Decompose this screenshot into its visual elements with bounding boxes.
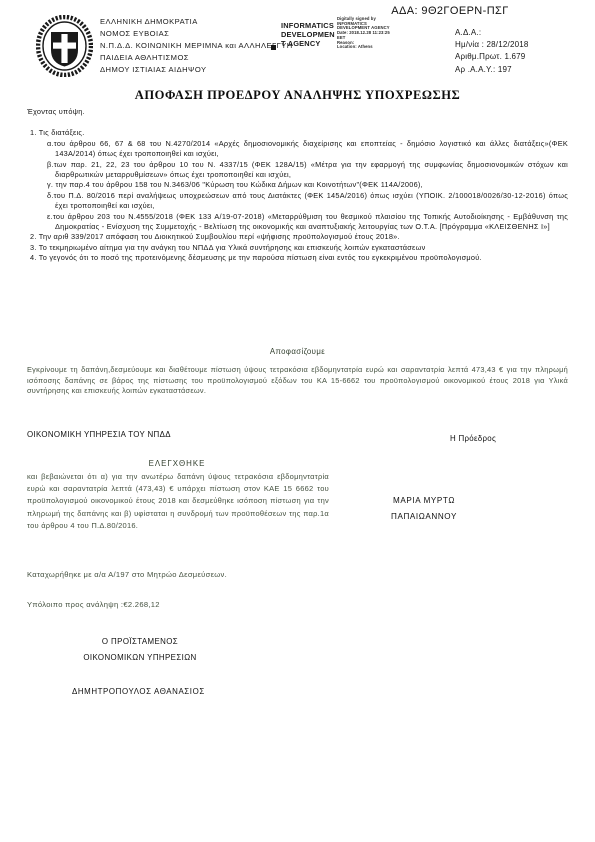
signatory-name: ΔΗΜΗΤΡΟΠΟΥΛΟΣ ΑΘΑΝΑΣΙΟΣ: [72, 687, 205, 696]
org-line: ΔΗΜΟΥ ΙΣΤΙΑΙΑΣ ΑΙΔΗΨΟΥ: [100, 64, 293, 76]
org-line: Ν.Π.Δ.Δ. ΚΟΙΝΩΝΙΚΗ ΜΕΡΙΜΝΑ και ΑΛΛΗΛΕΓΓΥ…: [100, 40, 293, 52]
decision-heading: Αποφασίζουμε: [0, 347, 595, 356]
provisions-list: α.του άρθρου 66, 67 & 68 του Ν.4270/2014…: [47, 139, 568, 233]
ada-label: ΑΔΑ:: [391, 5, 418, 17]
stamp-mark: [271, 45, 276, 50]
checked-body: και βεβαιώνεται ότι α) για την ανωτέρω δ…: [27, 471, 329, 532]
org-line: ΠΑΙΔΕΙΑ ΑΘΛΗΤΙΣΜΟΣ: [100, 52, 293, 64]
meta-aay-field: Αρ .Α.Α.Υ.: 197: [455, 64, 529, 76]
meta-value: 1.679: [504, 52, 525, 61]
digital-signature-details: Digitally signed by INFORMATICS DEVELOPM…: [337, 17, 417, 50]
meta-label: Αρ .Α.Α.Υ.:: [455, 65, 495, 74]
document-page: ΕΛΛΗΝΙΚΗ ΔΗΜΟΚΡΑΤΙΑ ΝΟΜΟΣ ΕΥΒΟΙΑΣ Ν.Π.Δ.…: [0, 0, 595, 842]
item1-heading: 1. Τις διατάξεις.: [30, 128, 568, 138]
meta-value: 197: [498, 65, 512, 74]
meta-value: 28/12/2018: [487, 40, 529, 49]
president-name: ΜΑΡΙΑ ΜΥΡΤΩ ΠΑΠΑΙΩΑΝΝΟΥ: [358, 493, 490, 524]
meta-protocol-field: Αριθμ.Πρωτ. 1.679: [455, 51, 529, 63]
signatory-title-line: ΟΙΚΟΝΟΜΙΚΩΝ ΥΠΗΡΕΣΙΩΝ: [52, 650, 228, 666]
president-name-line: ΜΑΡΙΑ ΜΥΡΤΩ: [358, 493, 490, 509]
meta-ada-field: Α.Δ.Α.:: [455, 27, 529, 39]
provision-item: β.των παρ. 21, 22, 23 του άρθρου 10 του …: [47, 160, 568, 181]
signatory-title-line: Ο ΠΡΟΪΣΤΑΜΕΝΟΣ: [52, 634, 228, 650]
numbered-items-list: 2. Την αριθ 339/2017 απόφαση του Διοικητ…: [27, 232, 568, 263]
agency-line: INFORMATICS: [281, 21, 335, 30]
checked-heading: ΕΛΕΓΧΘΗΚΕ: [27, 459, 327, 468]
president-title: Η Πρόεδρος: [450, 434, 496, 443]
signatory-title: Ο ΠΡΟΪΣΤΑΜΕΝΟΣ ΟΙΚΟΝΟΜΙΚΩΝ ΥΠΗΡΕΣΙΩΝ: [52, 634, 228, 665]
organization-header: ΕΛΛΗΝΙΚΗ ΔΗΜΟΚΡΑΤΙΑ ΝΟΜΟΣ ΕΥΒΟΙΑΣ Ν.Π.Δ.…: [100, 16, 293, 76]
meta-label: Α.Δ.Α.:: [455, 28, 481, 37]
provision-item: γ. την παρ.4 του άρθρου 158 του Ν.3463/0…: [47, 180, 568, 190]
signature-detail-line: Location: Athens: [337, 45, 417, 50]
preamble-section: Έχοντας υπόψη. 1. Τις διατάξεις. α.του ά…: [27, 107, 568, 264]
president-name-line: ΠΑΠΑΙΩΑΝΝΟΥ: [358, 509, 490, 525]
provision-item: α.του άρθρου 66, 67 & 68 του Ν.4270/2014…: [47, 139, 568, 160]
ada-value: 9Θ2ΓΟΕΡΝ-ΠΣΓ: [421, 5, 508, 17]
agency-line: DEVELOPMEN: [281, 30, 335, 39]
numbered-item: 2. Την αριθ 339/2017 απόφαση του Διοικητ…: [30, 232, 568, 242]
meta-label: Αριθμ.Πρωτ.: [455, 52, 502, 61]
numbered-item: 3. Το τεκμηριωμένο αίτημα για την ανάγκη…: [30, 243, 568, 253]
decision-body: Εγκρίνουμε τη δαπάνη,δεσμεύουμε και διαθ…: [27, 365, 568, 397]
informatics-agency-stamp: INFORMATICS DEVELOPMEN T AGENCY: [281, 21, 335, 48]
numbered-item: 4. Το γεγονός ότι το ποσό της προτεινόμε…: [30, 253, 568, 263]
document-meta: Α.Δ.Α.: Ημ/νία : 28/12/2018 Αριθμ.Πρωτ. …: [455, 27, 529, 76]
finance-department-label: ΟΙΚΟΝΟΜΙΚΗ ΥΠΗΡΕΣΙΑ ΤΟΥ ΝΠΔΔ: [27, 430, 171, 439]
agency-line: T AGENCY: [281, 39, 335, 48]
provision-item: δ.του Π.Δ. 80/2016 περί αναλήψεως υποχρε…: [47, 191, 568, 212]
balance-note: Υπόλοιπο προς ανάληψη :€2.268,12: [27, 600, 160, 609]
meta-label: Ημ/νία :: [455, 40, 484, 49]
greek-emblem-icon: [36, 15, 93, 77]
registry-note: Καταχωρήθηκε με α/α Α/197 στο Μητρώο Δεσ…: [27, 570, 227, 579]
page-title: ΑΠΟΦΑΣΗ ΠΡΟΕΔΡΟΥ ΑΝΑΛΗΨΗΣ ΥΠΟΧΡΕΩΣΗΣ: [0, 88, 595, 103]
provision-item: ε.του άρθρου 203 του Ν.4555/2018 (ΦΕΚ 13…: [47, 212, 568, 233]
having-regard-text: Έχοντας υπόψη.: [27, 107, 568, 117]
org-line: ΝΟΜΟΣ ΕΥΒΟΙΑΣ: [100, 28, 293, 40]
org-line: ΕΛΛΗΝΙΚΗ ΔΗΜΟΚΡΑΤΙΑ: [100, 16, 293, 28]
meta-date-field: Ημ/νία : 28/12/2018: [455, 39, 529, 51]
